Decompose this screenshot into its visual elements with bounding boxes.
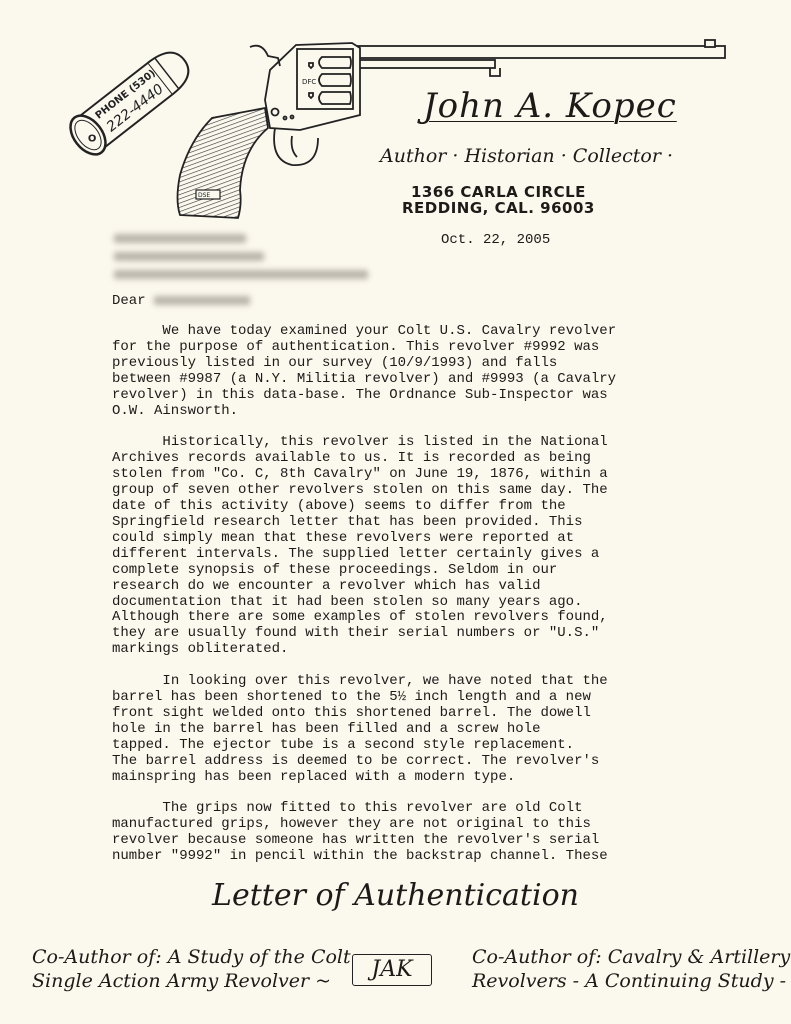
footer-title: Letter of Authentication bbox=[0, 878, 791, 913]
cartridge-icon: PHONE (530) 222-4440 O bbox=[63, 43, 197, 161]
footer-right-line-2: Revolvers - A Continuing Study - bbox=[472, 969, 790, 993]
paragraph-3: In looking over this revolver, we have n… bbox=[112, 674, 712, 785]
letter-body: We have today examined your Colt U.S. Ca… bbox=[112, 324, 712, 881]
address-line-2: REDDING, CAL. 96003 bbox=[402, 200, 595, 216]
recipient-address-redacted bbox=[114, 234, 368, 288]
footer-left-line-1: Co-Author of: A Study of the Colt bbox=[32, 945, 351, 969]
letterhead-name: John A. Kopec bbox=[423, 86, 677, 126]
letterhead-tagline: Author · Historian · Collector · bbox=[380, 145, 673, 167]
svg-text:DSE: DSE bbox=[198, 192, 210, 199]
paragraph-4: The grips now fitted to this revolver ar… bbox=[112, 801, 712, 865]
footer-left-line-2: Single Action Army Revolver ~ bbox=[32, 969, 351, 993]
address-line-1: 1366 CARLA CIRCLE bbox=[402, 184, 595, 200]
letterhead-address: 1366 CARLA CIRCLE REDDING, CAL. 96003 bbox=[402, 184, 595, 216]
salutation-text: Dear bbox=[112, 293, 146, 309]
footer-right-credit: Co-Author of: Cavalry & Artillery Revolv… bbox=[472, 945, 790, 993]
paragraph-2: Historically, this revolver is listed in… bbox=[112, 435, 712, 658]
svg-text:DFC: DFC bbox=[302, 78, 316, 86]
salutation: Dear bbox=[112, 293, 250, 309]
footer-right-line-1: Co-Author of: Cavalry & Artillery bbox=[472, 945, 790, 969]
monogram-badge: JAK bbox=[352, 954, 432, 986]
svg-text:O: O bbox=[88, 133, 97, 144]
paragraph-1: We have today examined your Colt U.S. Ca… bbox=[112, 324, 712, 419]
footer-left-credit: Co-Author of: A Study of the Colt Single… bbox=[32, 945, 351, 993]
letter-date: Oct. 22, 2005 bbox=[441, 232, 550, 248]
recipient-name-redacted bbox=[154, 296, 250, 305]
